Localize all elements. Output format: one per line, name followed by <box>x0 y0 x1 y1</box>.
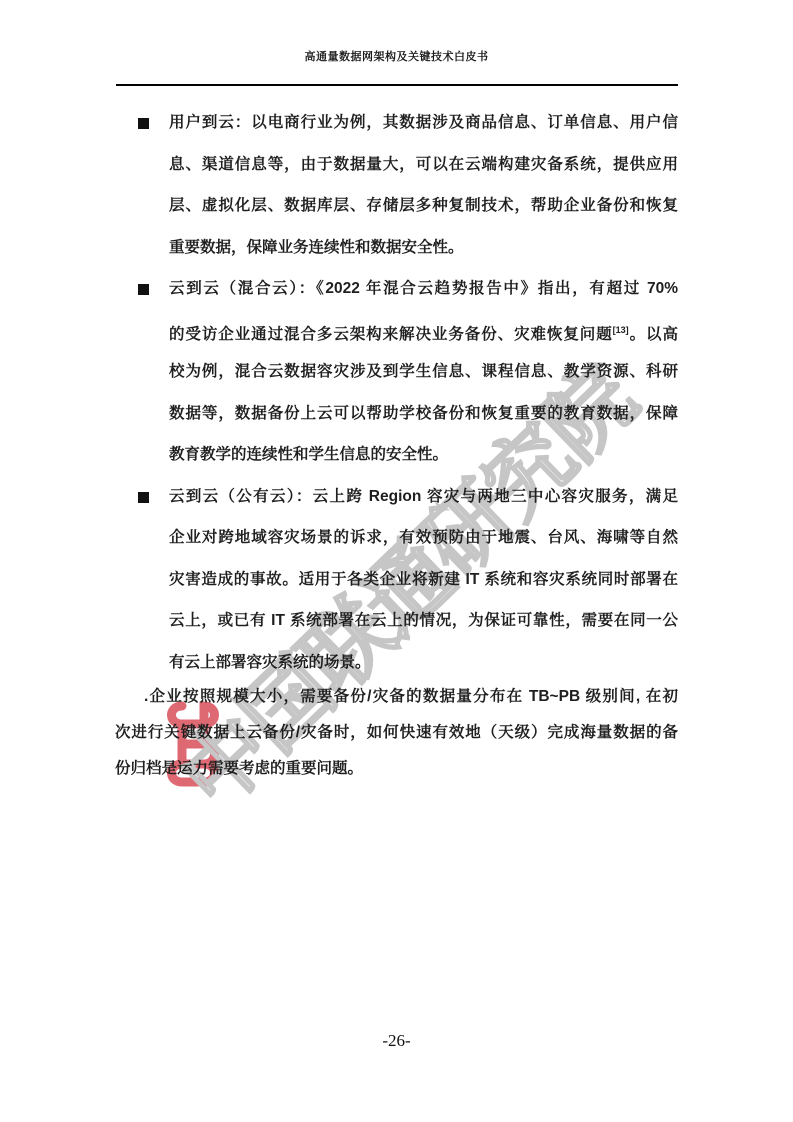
bullet-marker <box>138 284 149 295</box>
body-line: 云上，或已有 IT 系统部署在云上的情况，为保证可靠性，需要在同一公 <box>138 600 678 642</box>
paragraph-line: .企业按照规模大小，需要备份/灾备的数据量分布在 TB~PB 级别间, 在初 <box>115 679 678 715</box>
body-line: 息、渠道信息等，由于数据量大，可以在云端构建灾备系统，提供应用 <box>138 144 678 186</box>
closing-paragraph: .企业按照规模大小，需要备份/灾备的数据量分布在 TB~PB 级别间, 在初 次… <box>115 679 678 787</box>
body-line: 层、虚拟化层、数据库层、存储层多种复制技术，帮助企业备份和恢复 <box>138 185 678 227</box>
body-line-text: 。以高 <box>629 326 678 343</box>
document-page: 高通量数据网架构及关键技术白皮书 中国联通研究院 用户到云：以电商行业为例，其数… <box>0 0 793 1122</box>
bullet-list: 用户到云：以电商行业为例，其数据涉及商品信息、订单信息、用户信 息、渠道信息等，… <box>138 102 678 683</box>
body-line: 的受访企业通过混合多云架构来解决业务备份、灾难恢复问题[13]。以高 <box>138 310 678 352</box>
page-number: -26- <box>0 1031 793 1051</box>
body-line: 数据等，数据备份上云可以帮助学校备份和恢复重要的教育数据，保障 <box>138 393 678 435</box>
footnote-reference: [13] <box>613 325 629 335</box>
body-line: 灾害造成的事故。适用于各类企业将新建 IT 系统和容灾系统同时部署在 <box>138 559 678 601</box>
body-line: 校为例，混合云数据容灾涉及到学生信息、课程信息、教学资源、科研 <box>138 351 678 393</box>
bullet-marker <box>138 118 149 129</box>
header-title: 高通量数据网架构及关键技术白皮书 <box>0 48 793 64</box>
body-line: 企业对跨地域容灾场景的诉求，有效预防由于地震、台风、海啸等自然 <box>138 517 678 559</box>
body-line: 教育教学的连续性和学生信息的安全性。 <box>138 434 678 476</box>
body-line: 重要数据，保障业务连续性和数据安全性。 <box>138 227 678 269</box>
body-line: 云到云（混合云）：《2022 年混合云趋势报告中》指出，有超过 70% <box>138 268 678 310</box>
header-divider <box>116 84 678 86</box>
body-line: 有云上部署容灾系统的场景。 <box>138 642 678 684</box>
bullet-marker <box>138 492 149 503</box>
body-line: 用户到云：以电商行业为例，其数据涉及商品信息、订单信息、用户信 <box>138 102 678 144</box>
body-line: 云到云（公有云）：云上跨 Region 容灾与两地三中心容灾服务，满足 <box>138 476 678 518</box>
body-line-text: 的受访企业通过混合多云架构来解决业务备份、灾难恢复问题 <box>169 326 613 343</box>
paragraph-line: 份归档是运力需要考虑的重要问题。 <box>115 751 678 787</box>
paragraph-line: 次进行关键数据上云备份/灾备时，如何快速有效地（天级）完成海量数据的备 <box>115 715 678 751</box>
